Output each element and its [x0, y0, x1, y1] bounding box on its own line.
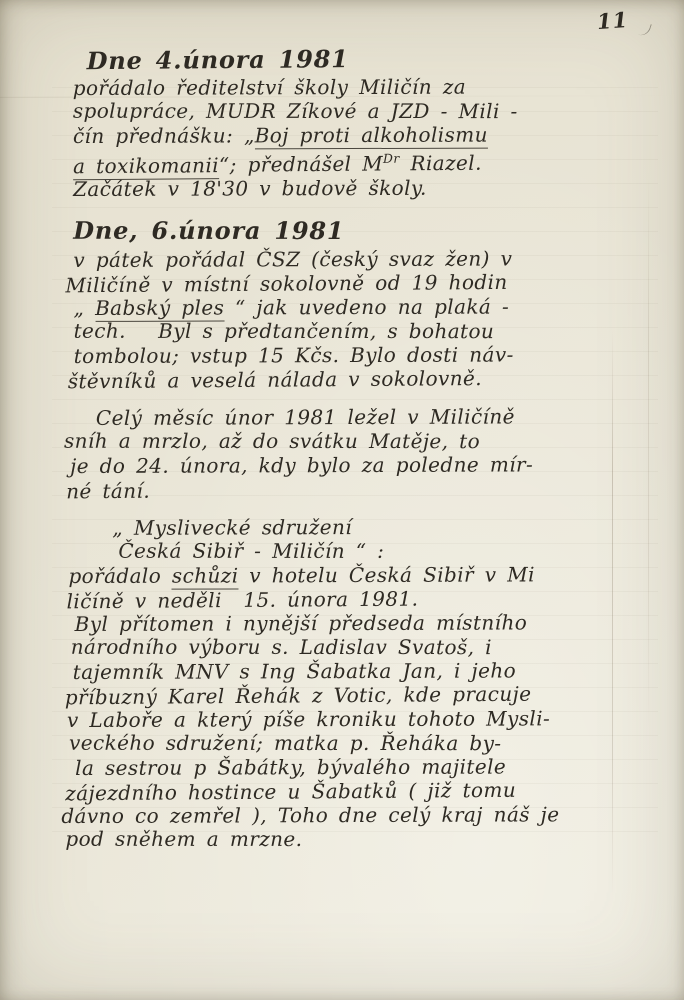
text-segment: ličíně v neděli 15. února 1981.	[66, 586, 418, 613]
text-segment: Byl přítomen i nynější předseda místního	[75, 610, 528, 636]
text-segment: pořádalo ředitelství školy Miličín za	[73, 75, 466, 100]
manuscript-heading-line: Dne, 6.února 1981	[73, 213, 653, 247]
manuscript-line: v pátek pořádal ČSZ (český svaz žen) v	[73, 246, 653, 272]
text-segment: pořádalo	[68, 563, 172, 587]
text-segment: veckého sdružení; matka p. Řeháka by-	[69, 730, 501, 754]
manuscript-line: Česká Sibiř - Miličín “ :	[118, 538, 654, 562]
manuscript-line: pod sněhem a mrzne.	[65, 826, 655, 851]
text-segment: Celý měsíc únor 1981 ležel v Miličíně	[96, 404, 515, 429]
text-segment: Riazel.	[400, 151, 482, 176]
manuscript-line: národního výboru s. Ladislav Svatoš, i	[71, 634, 655, 659]
text-segment: spolupráce, MUDR Zíkové a JZD - Mili -	[73, 99, 518, 123]
text-segment: sníh a mrzlo, až do svátku Matěje, to	[64, 428, 480, 452]
text-segment: je do 24. února, kdy bylo za poledne mír…	[70, 452, 533, 478]
text-segment: v Laboře a který píše kroniku tohoto Mys…	[67, 706, 550, 732]
manuscript-line: štěvníků a veselá nálada v sokolovně.	[68, 364, 654, 393]
scanned-paper-page: 11 Dne 4.února 1981pořádalo ředitelství …	[0, 0, 684, 1000]
text-segment: „ Myslivecké sdružení	[112, 515, 352, 540]
manuscript-line: v Laboře a který píše kroniku tohoto Mys…	[67, 706, 655, 732]
manuscript-line: spolupráce, MUDR Zíkové a JZD - Mili -	[73, 99, 653, 124]
manuscript-line: Miličíně v místní sokolovně od 19 hodin	[65, 268, 653, 297]
manuscript: Dne 4.února 1981pořádalo ředitelství ško…	[73, 41, 656, 852]
manuscript-heading-line: Dne 4.února 1981	[87, 40, 653, 77]
text-segment: zájezdního hostince u Šabatků ( již tomu	[65, 777, 516, 805]
text-segment: pod sněhem a mrzne.	[65, 826, 302, 850]
text-segment: tombolou; vstup 15 Kčs. Bylo dosti náv-	[74, 342, 514, 368]
manuscript-line: příbuzný Karel Řehák z Votic, kde pracuj…	[65, 680, 655, 709]
manuscript-line: pořádalo schůzi v hotelu Česká Sibiř v M…	[68, 562, 654, 588]
manuscript-line: zájezdního hostince u Šabatků ( již tomu	[65, 776, 655, 805]
manuscript-line: sníh a mrzlo, až do svátku Matěje, to	[64, 428, 654, 453]
page-number: 11	[596, 7, 629, 34]
manuscript-line: né tání.	[66, 474, 654, 503]
manuscript-line: veckého sdružení; matka p. Řeháka by-	[69, 730, 655, 755]
manuscript-line: ličíně v neděli 15. února 1981.	[66, 584, 654, 613]
manuscript-line: dávno co zemřel ), Toho dne celý kraj ná…	[61, 802, 655, 828]
manuscript-line: la sestrou p Šabátky, bývalého majitele	[75, 754, 655, 780]
text-segment: tajemník MNV s Ing Šabatka Jan, i jeho	[73, 658, 516, 684]
text-segment: národního výboru s. Ladislav Svatoš, i	[71, 634, 492, 658]
underlined-text: schůzi	[172, 563, 239, 589]
text-segment: Miličíně v místní sokolovně od 19 hodin	[65, 270, 507, 297]
manuscript-line: „ Babský ples “ jak uvedeno na plaká -	[73, 294, 653, 320]
underlined-text: Babský ples	[95, 295, 224, 321]
text-segment: Dne 4.února 1981	[87, 44, 349, 75]
underlined-text: a toxikomanii	[73, 153, 219, 180]
text-segment: “; přednášel M	[219, 152, 383, 177]
manuscript-line: tombolou; vstup 15 Kčs. Bylo dosti náv-	[74, 342, 654, 368]
text-segment: Dr	[383, 151, 400, 166]
text-segment: Dne, 6.února 1981	[73, 215, 344, 244]
text-segment: né tání.	[66, 478, 150, 503]
text-segment: tech. Byl s předtančením, s bohatou	[74, 318, 495, 342]
text-segment: štěvníků a veselá nálada v sokolovně.	[68, 366, 482, 393]
text-segment: čín přednášku: „	[73, 123, 255, 148]
text-segment: příbuzný Karel Řehák z Votic, kde pracuj…	[65, 681, 532, 709]
manuscript-line: Celý měsíc únor 1981 ležel v Miličíně	[96, 404, 654, 430]
text-segment: „	[73, 296, 95, 320]
manuscript-line: a toxikomanii“; přednášel MDr Riazel.	[73, 145, 653, 178]
text-segment: “ jak uvedeno na plaká -	[224, 294, 509, 319]
manuscript-line: čín přednášku: „Boj proti alkoholismu	[73, 122, 653, 148]
manuscript-line: je do 24. února, kdy bylo za poledne mír…	[70, 452, 654, 478]
text-segment: Česká Sibiř - Miličín “ :	[118, 538, 384, 562]
manuscript-line: tech. Byl s předtančením, s bohatou	[74, 318, 654, 343]
manuscript-line: „ Myslivecké sdružení	[112, 514, 654, 540]
text-segment: la sestrou p Šabátky, bývalého majitele	[75, 754, 506, 780]
text-segment: v hotelu Česká Sibiř v Mi	[238, 562, 534, 587]
manuscript-line: pořádalo ředitelství školy Miličín za	[73, 74, 653, 100]
text-segment: v pátek pořádal ČSZ (český svaz žen) v	[73, 246, 512, 272]
manuscript-line: Byl přítomen i nynější předseda místního	[75, 610, 655, 636]
manuscript-line: tajemník MNV s Ing Šabatka Jan, i jeho	[73, 658, 655, 684]
text-segment: dávno co zemřel ), Toho dne celý kraj ná…	[61, 802, 559, 828]
pen-stray-mark	[635, 20, 652, 37]
